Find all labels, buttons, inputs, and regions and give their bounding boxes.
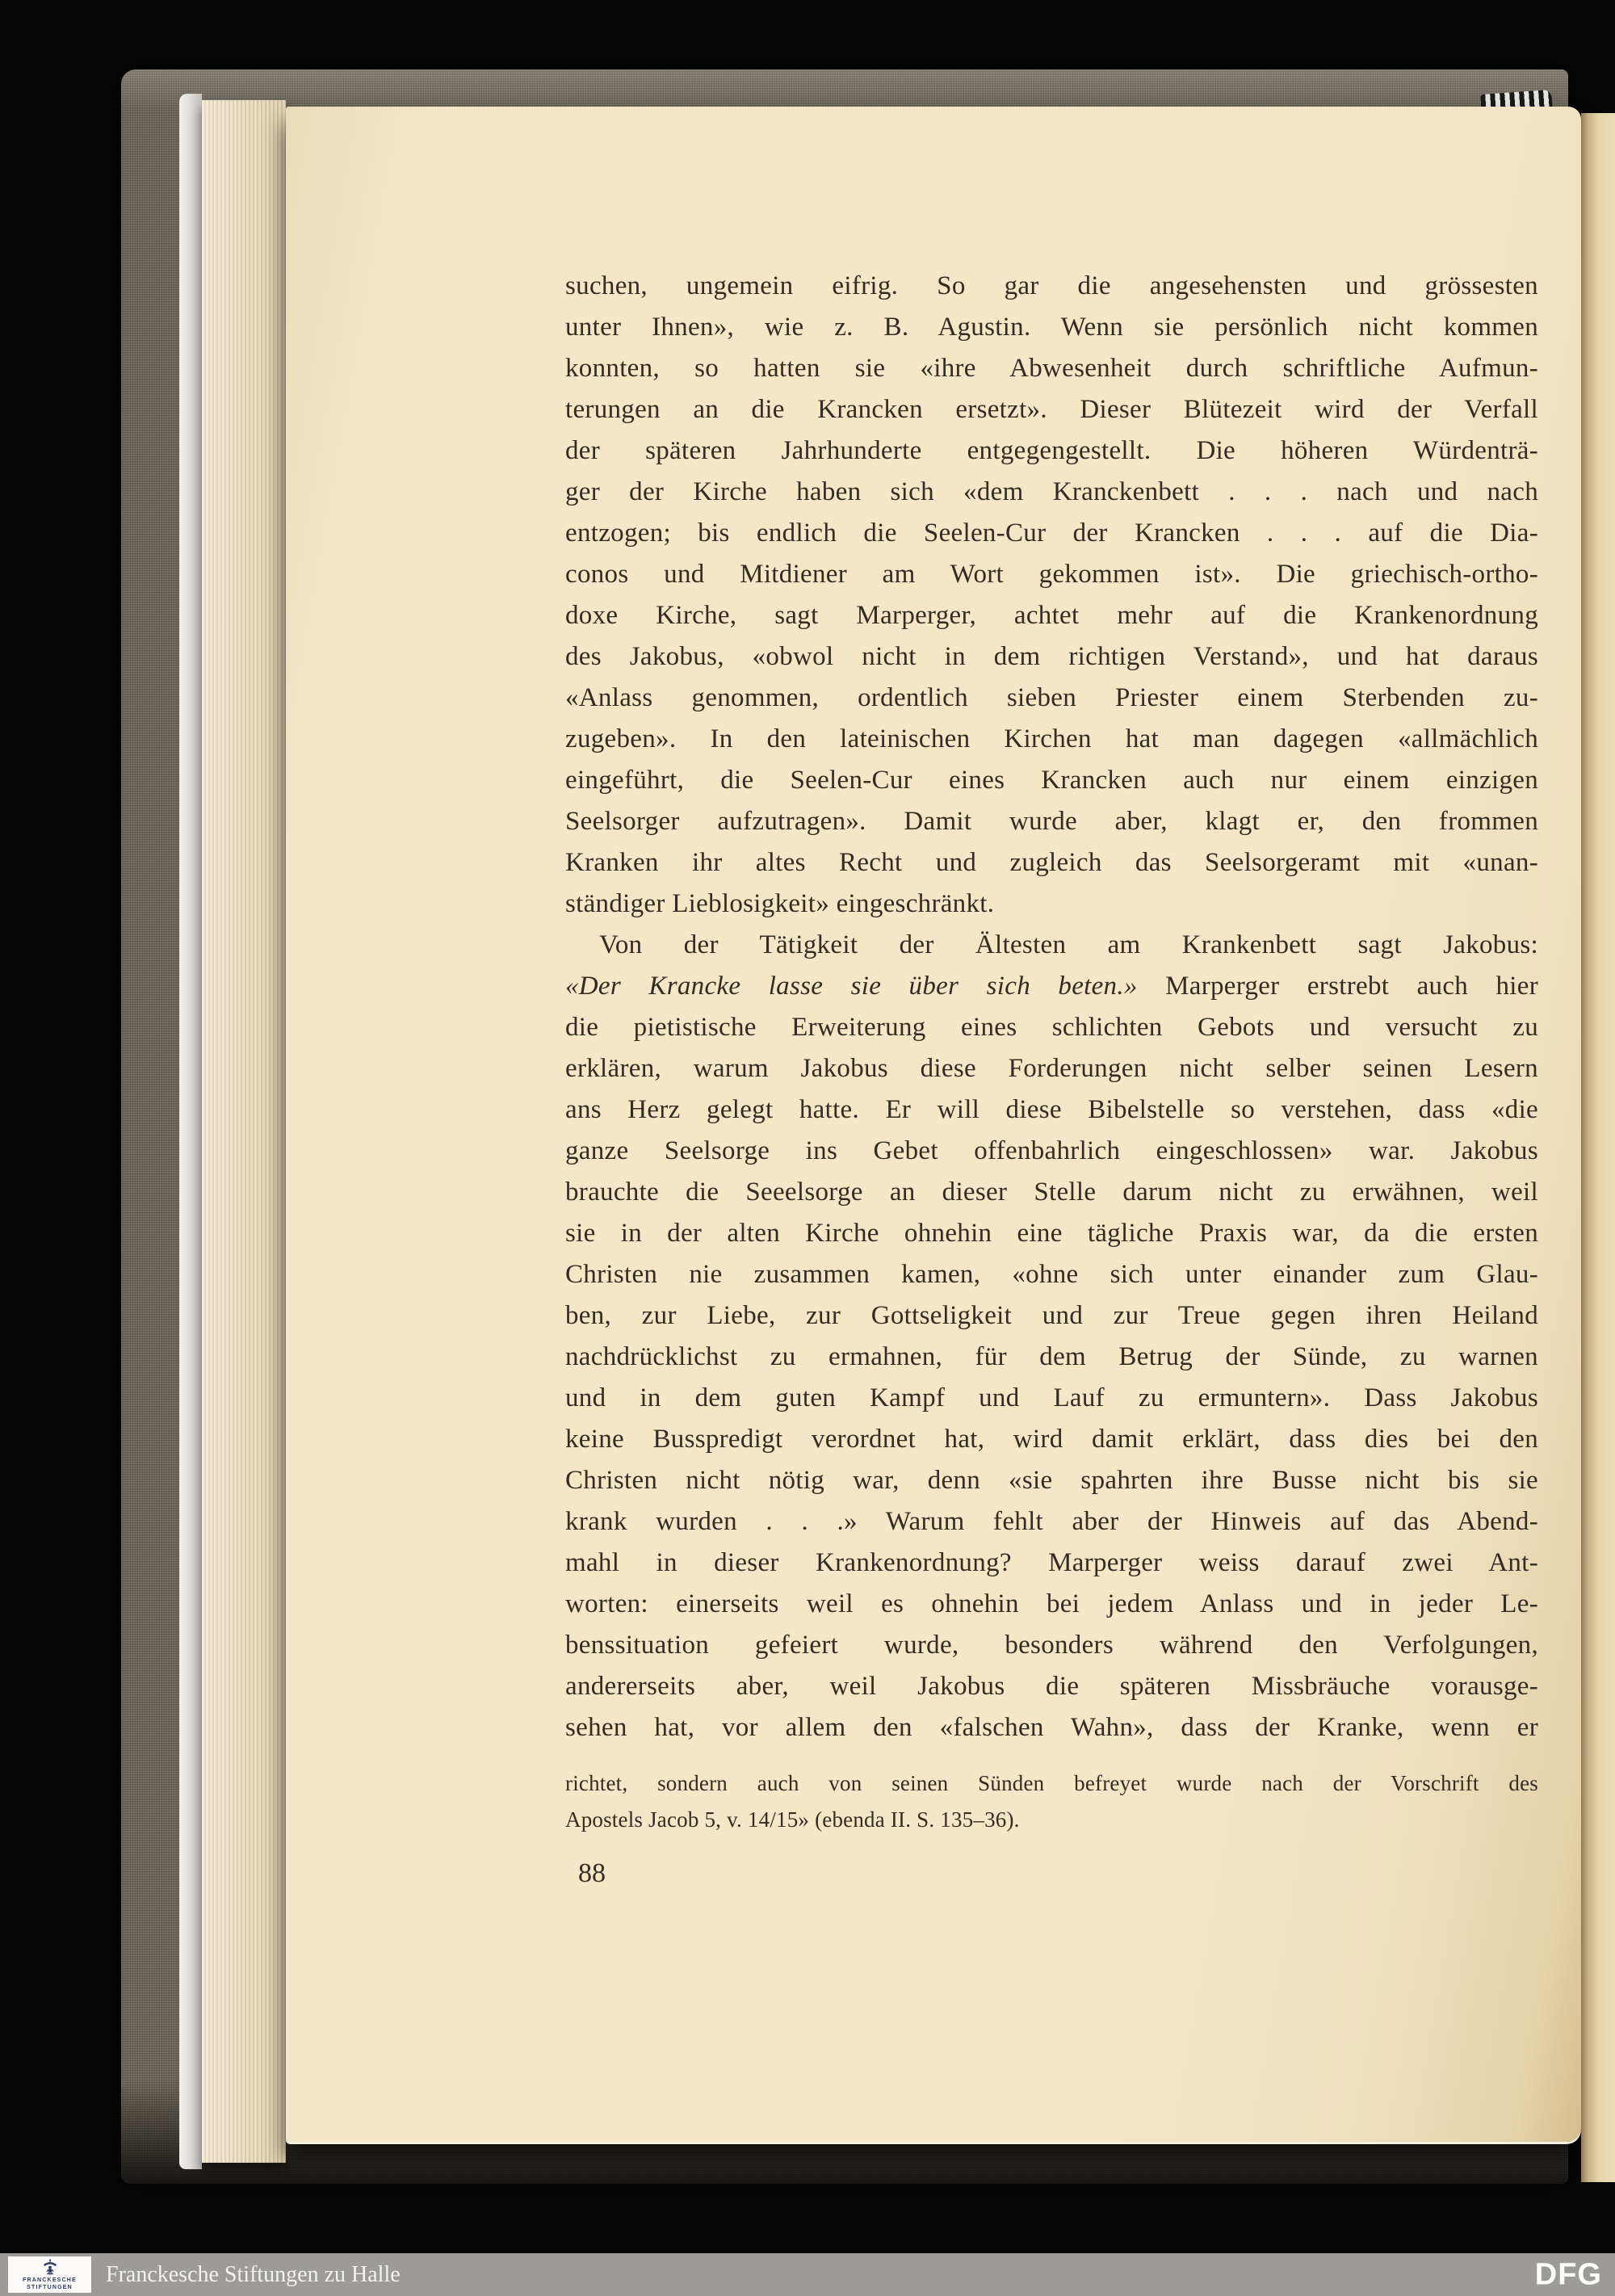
text-line: konnten, so hatten sie «ihre Abwesenheit…	[565, 348, 1538, 389]
text-line: entzogen; bis endlich die Seelen-Cur der…	[565, 513, 1538, 554]
body-text: suchen, ungemein eifrig. So gar die ange…	[565, 266, 1538, 1748]
text-line: doxe Kirche, sagt Marperger, achtet mehr…	[565, 595, 1538, 636]
text-line: zugeben». In den lateinischen Kirchen ha…	[565, 719, 1538, 760]
institution-logo: FRANCKESCHE STIFTUNGEN	[8, 2256, 91, 2293]
text-line: «Der Krancke lasse sie über sich beten.»…	[565, 966, 1538, 1007]
text-line: krank wurden . . .» Warum fehlt aber der…	[565, 1501, 1538, 1543]
endpaper-edge	[179, 94, 202, 2169]
gutter-page-edge	[1581, 113, 1615, 2182]
text-line: conos und Mitdiener am Wort gekommen ist…	[565, 554, 1538, 595]
text-line: ben, zur Liebe, zur Gottseligkeit und zu…	[565, 1295, 1538, 1337]
text-line: der späteren Jahrhunderte entgegengestel…	[565, 430, 1538, 472]
text-line: Christen nie zusammen kamen, «ohne sich …	[565, 1254, 1538, 1295]
text-line: ans Herz gelegt hatte. Er will diese Bib…	[565, 1089, 1538, 1131]
franckesche-emblem-icon	[41, 2259, 59, 2277]
text-line: Seelsorger aufzutragen». Damit wurde abe…	[565, 801, 1538, 842]
text-line: Apostels Jacob 5, v. 14/15» (ebenda II. …	[565, 1802, 1538, 1838]
institution-logo-label-1: FRANCKESCHE	[23, 2277, 77, 2284]
page-stack-edge	[202, 100, 286, 2163]
text-line: suchen, ungemein eifrig. So gar die ange…	[565, 266, 1538, 307]
text-line: ger der Kirche haben sich «dem Kranckenb…	[565, 472, 1538, 513]
text-line: ganze Seelsorge ins Gebet offenbahrlich …	[565, 1131, 1538, 1172]
text-line: sie in der alten Kirche ohnehin eine täg…	[565, 1213, 1538, 1254]
dfg-logo: DFG	[1535, 2257, 1602, 2292]
text-line: mahl in dieser Krankenordnung? Marperger…	[565, 1543, 1538, 1584]
text-line: «Anlass genommen, ordentlich sieben Prie…	[565, 678, 1538, 719]
text-line: erklären, warum Jakobus diese Forderunge…	[565, 1048, 1538, 1089]
text-line: sehen hat, vor allem den «falschen Wahn»…	[565, 1707, 1538, 1748]
text-line: und in dem guten Kampf und Lauf zu ermun…	[565, 1378, 1538, 1419]
text-line: terungen an die Krancken ersetzt». Diese…	[565, 389, 1538, 430]
footnote-text: richtet, sondern auch von seinen Sünden …	[565, 1765, 1538, 1838]
text-line: brauchte die Seeelsorge an dieser Stelle…	[565, 1172, 1538, 1213]
text-line: eingeführt, die Seelen-Cur eines Krancke…	[565, 760, 1538, 801]
text-line: nachdrücklichst zu ermahnen, für dem Bet…	[565, 1337, 1538, 1378]
text-line: keine Busspredigt verordnet hat, wird da…	[565, 1419, 1538, 1460]
page-number: 88	[578, 1857, 606, 1890]
institution-name: Franckesche Stiftungen zu Halle	[106, 2262, 401, 2288]
text-line: worten: einerseits weil es ohnehin bei j…	[565, 1584, 1538, 1625]
text-line: andererseits aber, weil Jakobus die spät…	[565, 1666, 1538, 1707]
text-line: Christen nicht nötig war, denn «sie spah…	[565, 1460, 1538, 1501]
text-line: des Jakobus, «obwol nicht in dem richtig…	[565, 636, 1538, 678]
institution-logo-label-2: STIFTUNGEN	[27, 2285, 73, 2291]
text-line: richtet, sondern auch von seinen Sünden …	[565, 1765, 1538, 1802]
text-line: Von der Tätigkeit der Ältesten am Kranke…	[565, 925, 1538, 966]
text-line: ständiger Lieblosigkeit» eingeschränkt.	[565, 884, 1538, 925]
viewer-footer: FRANCKESCHE STIFTUNGEN Franckesche Stift…	[0, 2253, 1615, 2296]
text-line: Kranken ihr altes Recht und zugleich das…	[565, 842, 1538, 884]
text-line: unter Ihnen», wie z. B. Agustin. Wenn si…	[565, 307, 1538, 348]
text-line: benssituation gefeiert wurde, besonders …	[565, 1625, 1538, 1666]
text-line: die pietistische Erweiterung eines schli…	[565, 1007, 1538, 1048]
